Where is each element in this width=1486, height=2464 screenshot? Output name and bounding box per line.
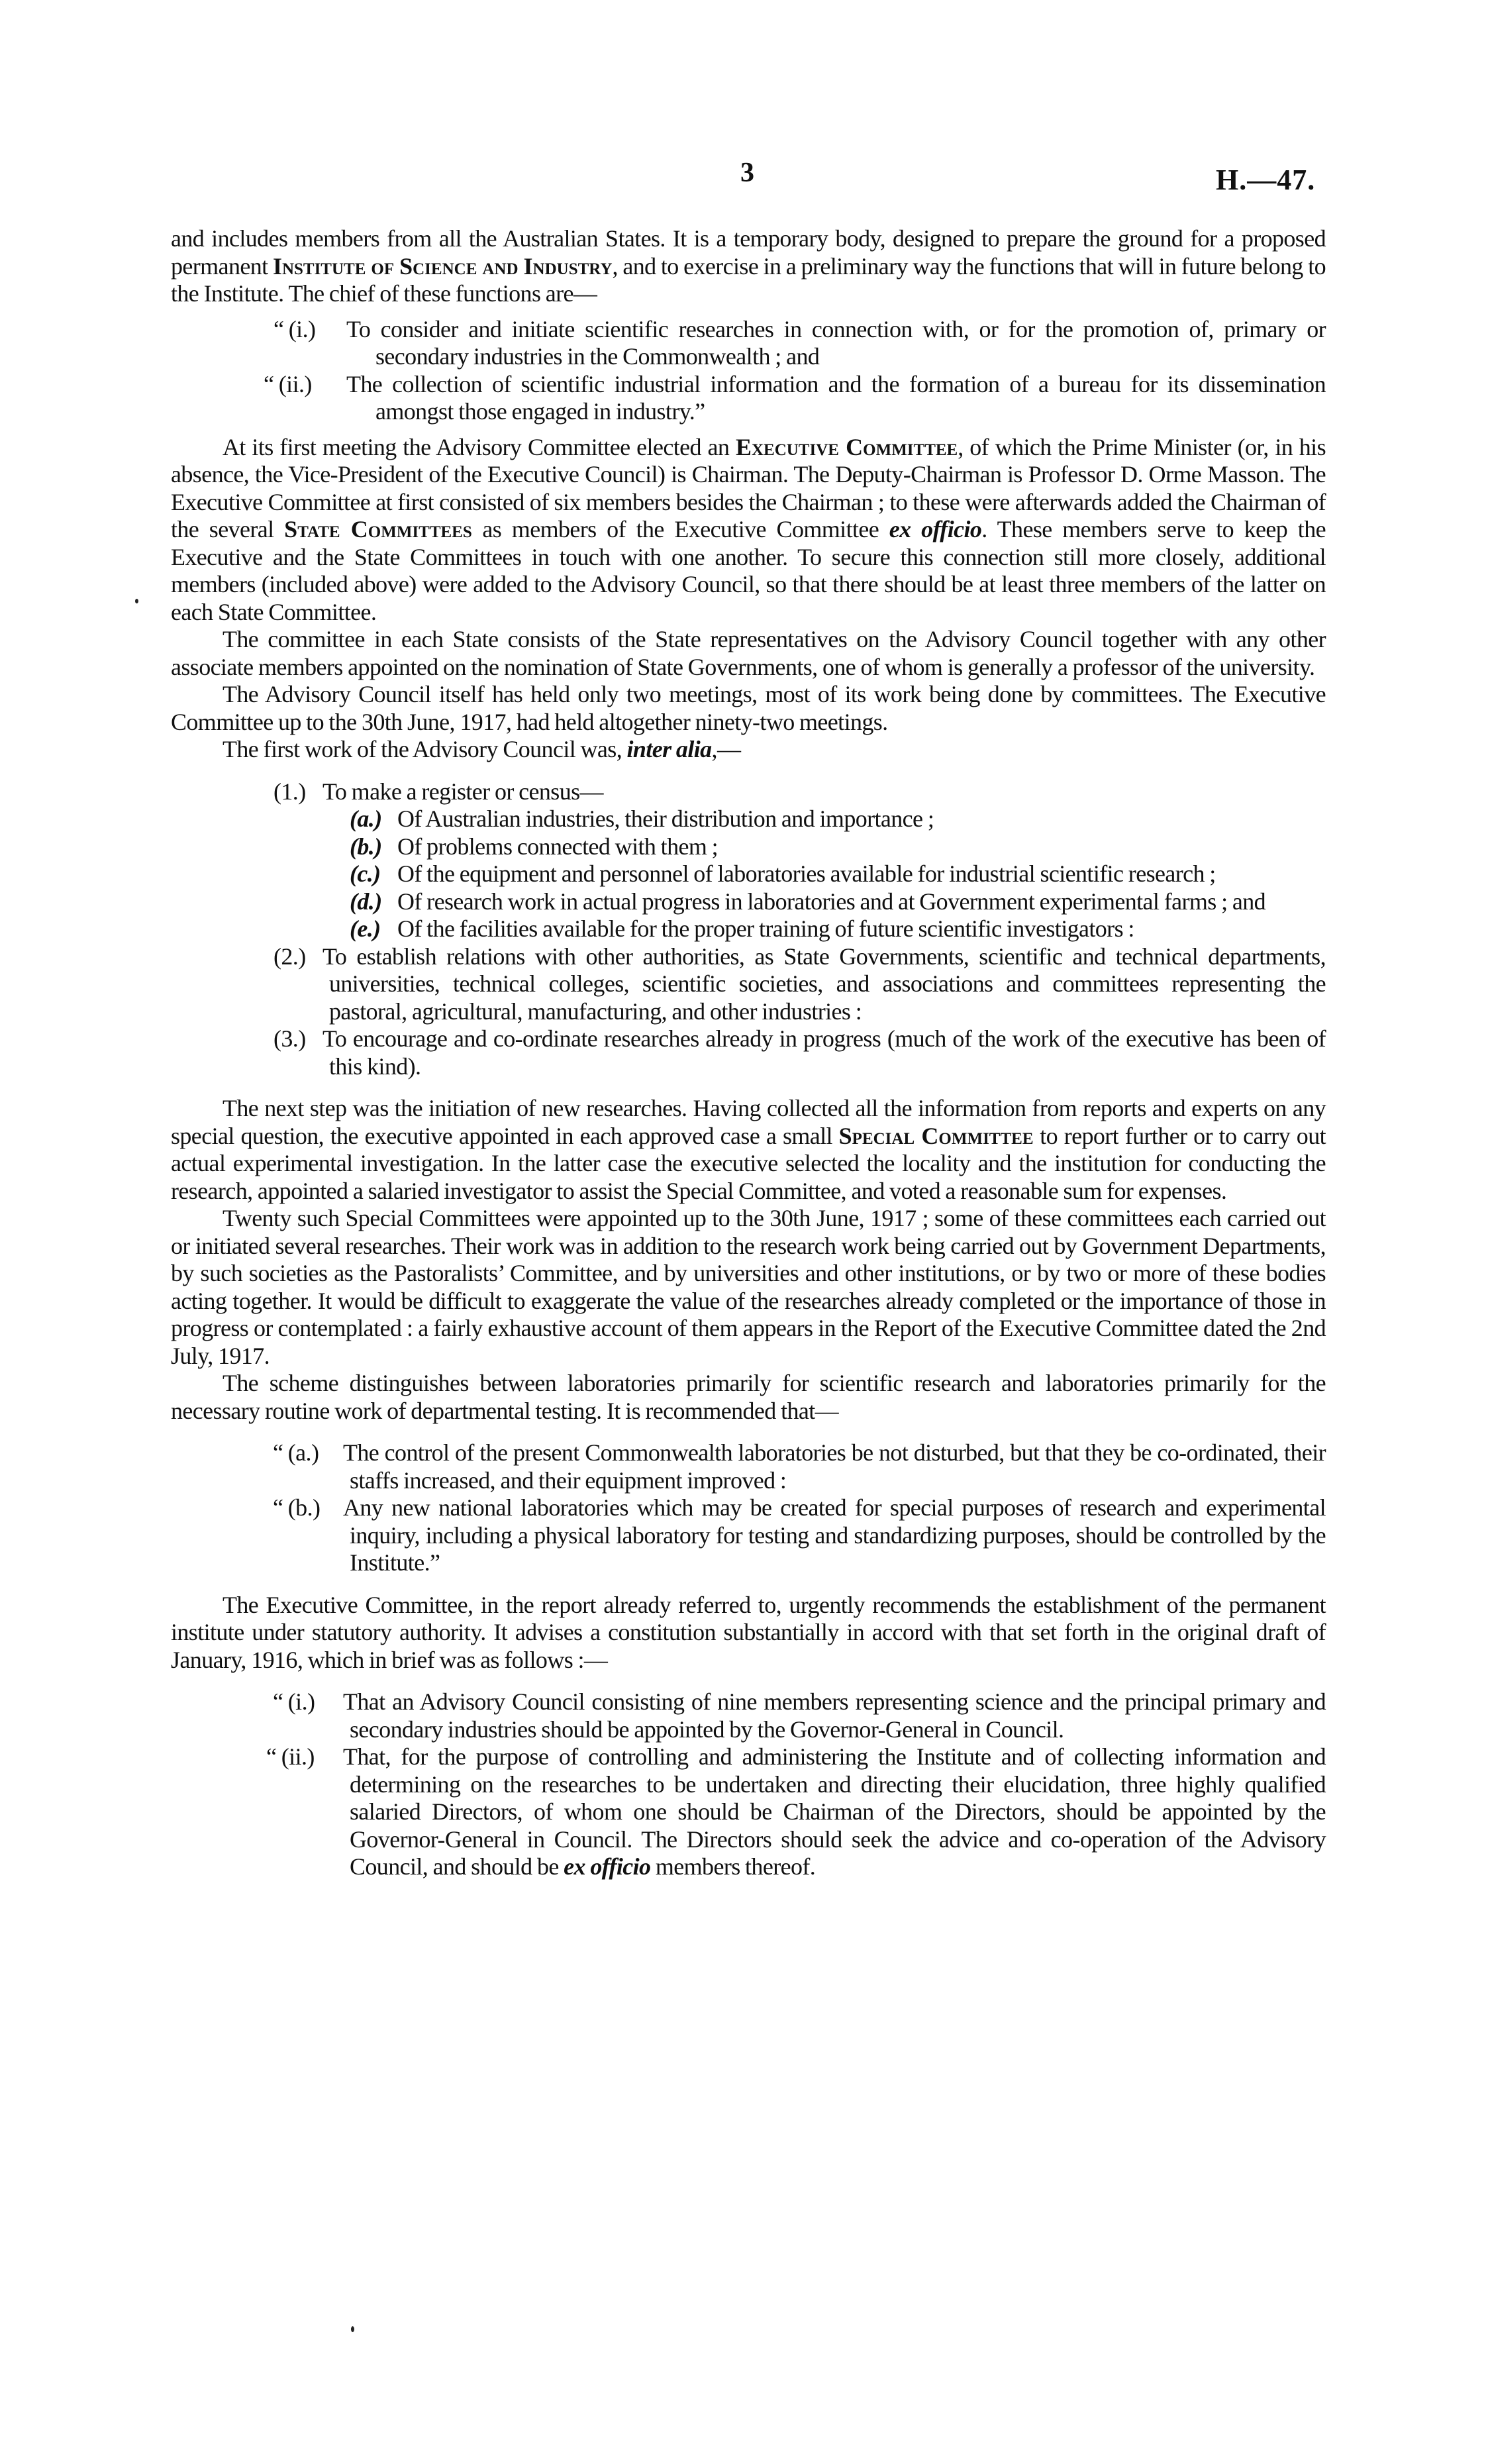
recommendation-item: “ (a.) The control of the present Common… [171, 1439, 1326, 1494]
sub-list-item: (d.) Of research work in actual progress… [171, 888, 1326, 916]
item-label: “ (a.) [273, 1439, 319, 1467]
constitution-item: “ (ii.) That, for the purpose of control… [171, 1743, 1326, 1881]
item-label: “ (i.) [273, 1688, 315, 1716]
small-caps-term: Special Committee [839, 1123, 1034, 1149]
paragraph: At its first meeting the Advisory Commit… [171, 434, 1326, 627]
document-reference: H.—47. [1216, 166, 1315, 195]
item-label: (a.) [350, 805, 382, 833]
item-label: “ (ii.) [266, 1743, 315, 1771]
list-item: “ (i.) To consider and initiate scientif… [171, 316, 1326, 371]
constitution-item: “ (i.) That an Advisory Council consisti… [171, 1688, 1326, 1743]
body-text: and includes members from all the Austra… [171, 225, 1326, 1881]
print-speck [135, 599, 138, 603]
item-label: “ (ii.) [264, 371, 312, 399]
item-label: “ (b.) [273, 1494, 320, 1522]
item-label: (1.) [273, 778, 306, 806]
italic-term: inter alia [627, 736, 712, 762]
paragraph: and includes members from all the Austra… [171, 225, 1326, 308]
item-label: “ (i.) [273, 316, 315, 344]
list-item: (2.) To establish relations with other a… [171, 943, 1326, 1026]
small-caps-term: Institute of Science and Industry [273, 253, 613, 280]
paragraph: Twenty such Special Committees were appo… [171, 1205, 1326, 1370]
sub-list-item: (c.) Of the equipment and personnel of l… [171, 860, 1326, 888]
item-label: (c.) [350, 860, 381, 888]
document-page: 3 H.—47. and includes members from all t… [0, 0, 1486, 2464]
item-label: (e.) [350, 915, 381, 943]
list-item: “ (ii.) The collection of scientific ind… [171, 371, 1326, 426]
recommendation-item: “ (b.) Any new national laboratories whi… [171, 1494, 1326, 1577]
sub-list-item: (a.) Of Australian industries, their dis… [171, 805, 1326, 833]
paragraph: The first work of the Advisory Council w… [171, 736, 1326, 764]
page-number: 3 [740, 159, 754, 187]
print-speck [351, 2326, 354, 2332]
sub-list-item: (e.) Of the facilities available for the… [171, 915, 1326, 943]
paragraph: The scheme distinguishes between laborat… [171, 1370, 1326, 1425]
paragraph: The Executive Committee, in the report a… [171, 1592, 1326, 1674]
item-label: (3.) [273, 1025, 306, 1053]
paragraph: The Advisory Council itself has held onl… [171, 681, 1326, 736]
item-label: (2.) [273, 943, 306, 971]
paragraph: The committee in each State consists of … [171, 626, 1326, 681]
small-caps-term: State Committees [284, 516, 472, 542]
sub-list-item: (b.) Of problems connected with them ; [171, 833, 1326, 861]
list-item: (3.) To encourage and co-ordinate resear… [171, 1025, 1326, 1080]
item-label: (d.) [350, 888, 382, 916]
paragraph: The next step was the initiation of new … [171, 1095, 1326, 1205]
small-caps-term: Executive Committee [736, 434, 958, 460]
italic-term: ex officio [889, 516, 982, 542]
italic-term: ex officio [564, 1853, 650, 1880]
item-label: (b.) [350, 833, 382, 861]
list-item: (1.) To make a register or census— [171, 778, 1326, 806]
